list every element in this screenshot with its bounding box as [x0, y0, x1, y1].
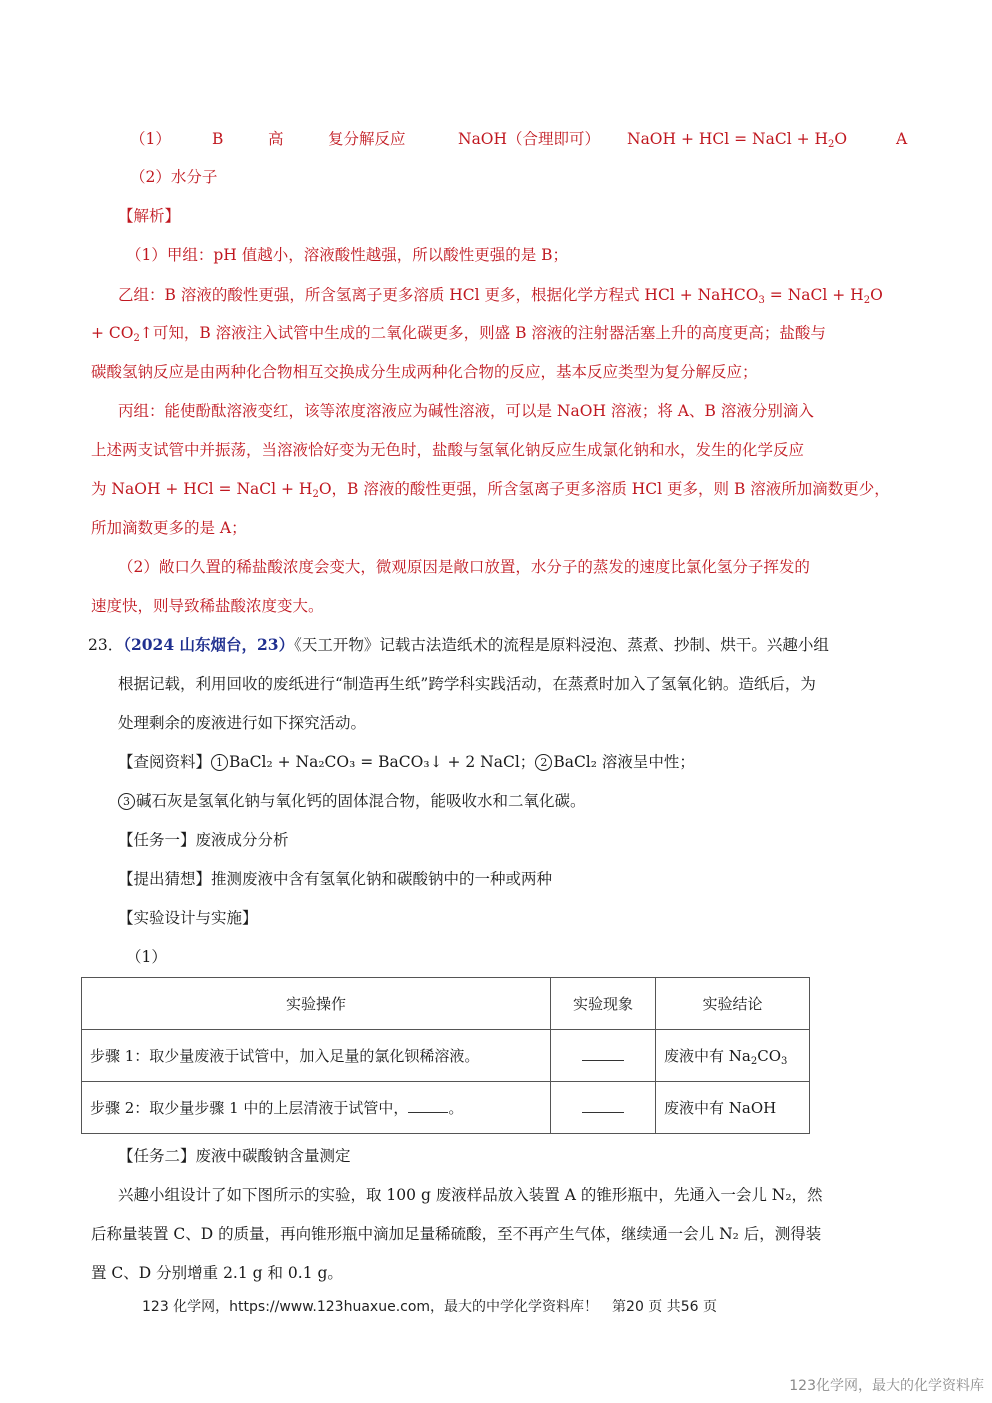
question-stem-3: 处理剩余的废液进行如下探究活动。 — [118, 713, 366, 733]
answer-blank-4: NaOH（合理即可） — [458, 129, 600, 149]
step2-operation: 步骤 2：取少量步骤 1 中的上层清液于试管中，。 — [82, 1082, 551, 1134]
analysis-p8: 所加滴数更多的是 A； — [91, 518, 247, 538]
header-phenomenon: 实验现象 — [551, 978, 656, 1030]
step1-phenomenon-blank[interactable] — [551, 1030, 656, 1082]
question-stem-2: 根据记载，利用回收的废纸进行“制造再生纸”跨学科实践活动，在蒸煮时加入了氢氧化钠… — [118, 674, 816, 694]
task2-p1: 兴趣小组设计了如下图所示的实验，取 100 g 废液样品放入装置 A 的锥形瓶中… — [118, 1185, 823, 1205]
answer-part1-label: （1） — [130, 129, 171, 149]
task1-heading: 【任务一】废液成分分析 — [118, 830, 289, 850]
step1-conclusion: 废液中有 Na2CO3 — [656, 1030, 810, 1082]
answer-part2: （2）水分子 — [130, 167, 217, 187]
watermark: 123化学网，最大的化学资料库 — [789, 1375, 984, 1395]
analysis-p10: 速度快，则导致稀盐酸浓度变大。 — [91, 596, 324, 616]
analysis-p7: 为 NaOH + HCl = NaCl + H2O，B 溶液的酸性更强，所含氢离… — [91, 479, 890, 499]
analysis-p1: （1）甲组：pH 值越小，溶液酸性越强，所以酸性更强的是 B； — [126, 245, 568, 265]
reference-line-2: 3碱石灰是氢氧化钠与氧化钙的固体混合物，能吸收水和二氧化碳。 — [118, 791, 586, 811]
task2-p3: 置 C、D 分别增重 2.1 g 和 0.1 g。 — [91, 1263, 343, 1283]
task2-p2: 后称量装置 C、D 的质量，再向锥形瓶中滴加足量稀硫酸，至不再产生气体，继续通一… — [91, 1224, 821, 1244]
question-stem-1: 23．（2024 山东烟台，23）《天工开物》记载古法造纸术的流程是原料浸泡、蒸… — [88, 635, 829, 655]
step2-phenomenon-blank[interactable] — [551, 1082, 656, 1134]
header-conclusion: 实验结论 — [656, 978, 810, 1030]
analysis-p3: + CO2↑可知，B 溶液注入试管中生成的二氧化碳更多，则盛 B 溶液的注射器活… — [91, 323, 826, 343]
answer-blank-2: 高 — [268, 129, 284, 149]
circled-number-3: 3 — [118, 793, 135, 810]
answer-blank-1: B — [212, 129, 223, 149]
experiment-table: 实验操作 实验现象 实验结论 步骤 1：取少量废液于试管中，加入足量的氯化钡稀溶… — [81, 977, 810, 1134]
step1-operation: 步骤 1：取少量废液于试管中，加入足量的氯化钡稀溶液。 — [82, 1030, 551, 1082]
table-row: 步骤 1：取少量废液于试管中，加入足量的氯化钡稀溶液。 废液中有 Na2CO3 — [82, 1030, 810, 1082]
step2-conclusion: 废液中有 NaOH — [656, 1082, 810, 1134]
answer-blank-3: 复分解反应 — [328, 129, 406, 149]
answer-line-1: （1） B 高 复分解反应 NaOH（合理即可） NaOH + HCl = Na… — [130, 129, 171, 149]
page-footer: 123 化学网，https://www.123huaxue.com，最大的中学化… — [142, 1296, 717, 1316]
analysis-p6: 上述两支试管中并振荡，当溶液恰好变为无色时，盐酸与氢氧化钠反应生成氯化钠和水，发… — [91, 440, 804, 460]
analysis-p2: 乙组：B 溶液的酸性更强，所含氢离子更多溶质 HCl 更多，根据化学方程式 HC… — [118, 285, 883, 305]
circled-number-2: 2 — [535, 754, 552, 771]
header-operation: 实验操作 — [82, 978, 551, 1030]
question-number: 23． — [88, 636, 123, 654]
analysis-p9: （2）敞口久置的稀盐酸浓度会变大，微观原因是敞口放置，水分子的蒸发的速度比氯化氢… — [118, 557, 810, 577]
design-heading: 【实验设计与实施】 — [118, 908, 258, 928]
hypothesis: 【提出猜想】推测废液中含有氢氧化钠和碳酸钠中的一种或两种 — [118, 869, 552, 889]
question-source: （2024 山东烟台，23） — [123, 635, 294, 654]
analysis-title: 【解析】 — [118, 206, 180, 226]
answer-blank-5: NaOH + HCl = NaCl + H2O — [627, 129, 847, 149]
answer-blank-6: A — [896, 129, 907, 149]
analysis-p5: 丙组：能使酚酞溶液变红，该等浓度溶液应为碱性溶液，可以是 NaOH 溶液；将 A… — [118, 401, 814, 421]
table-header-row: 实验操作 实验现象 实验结论 — [82, 978, 810, 1030]
step2-operation-blank[interactable] — [408, 1098, 448, 1113]
task2-heading: 【任务二】废液中碳酸钠含量测定 — [118, 1146, 351, 1166]
circled-number-1: 1 — [211, 754, 228, 771]
sub-question-1: （1） — [126, 947, 167, 967]
analysis-p4: 碳酸氢钠反应是由两种化合物相互交换成分生成两种化合物的反应，基本反应类型为复分解… — [91, 362, 758, 382]
table-row: 步骤 2：取少量步骤 1 中的上层清液于试管中，。 废液中有 NaOH — [82, 1082, 810, 1134]
reference-line-1: 【查阅资料】1BaCl₂ + Na₂CO₃ = BaCO₃↓ + 2 NaCl；… — [118, 752, 695, 772]
